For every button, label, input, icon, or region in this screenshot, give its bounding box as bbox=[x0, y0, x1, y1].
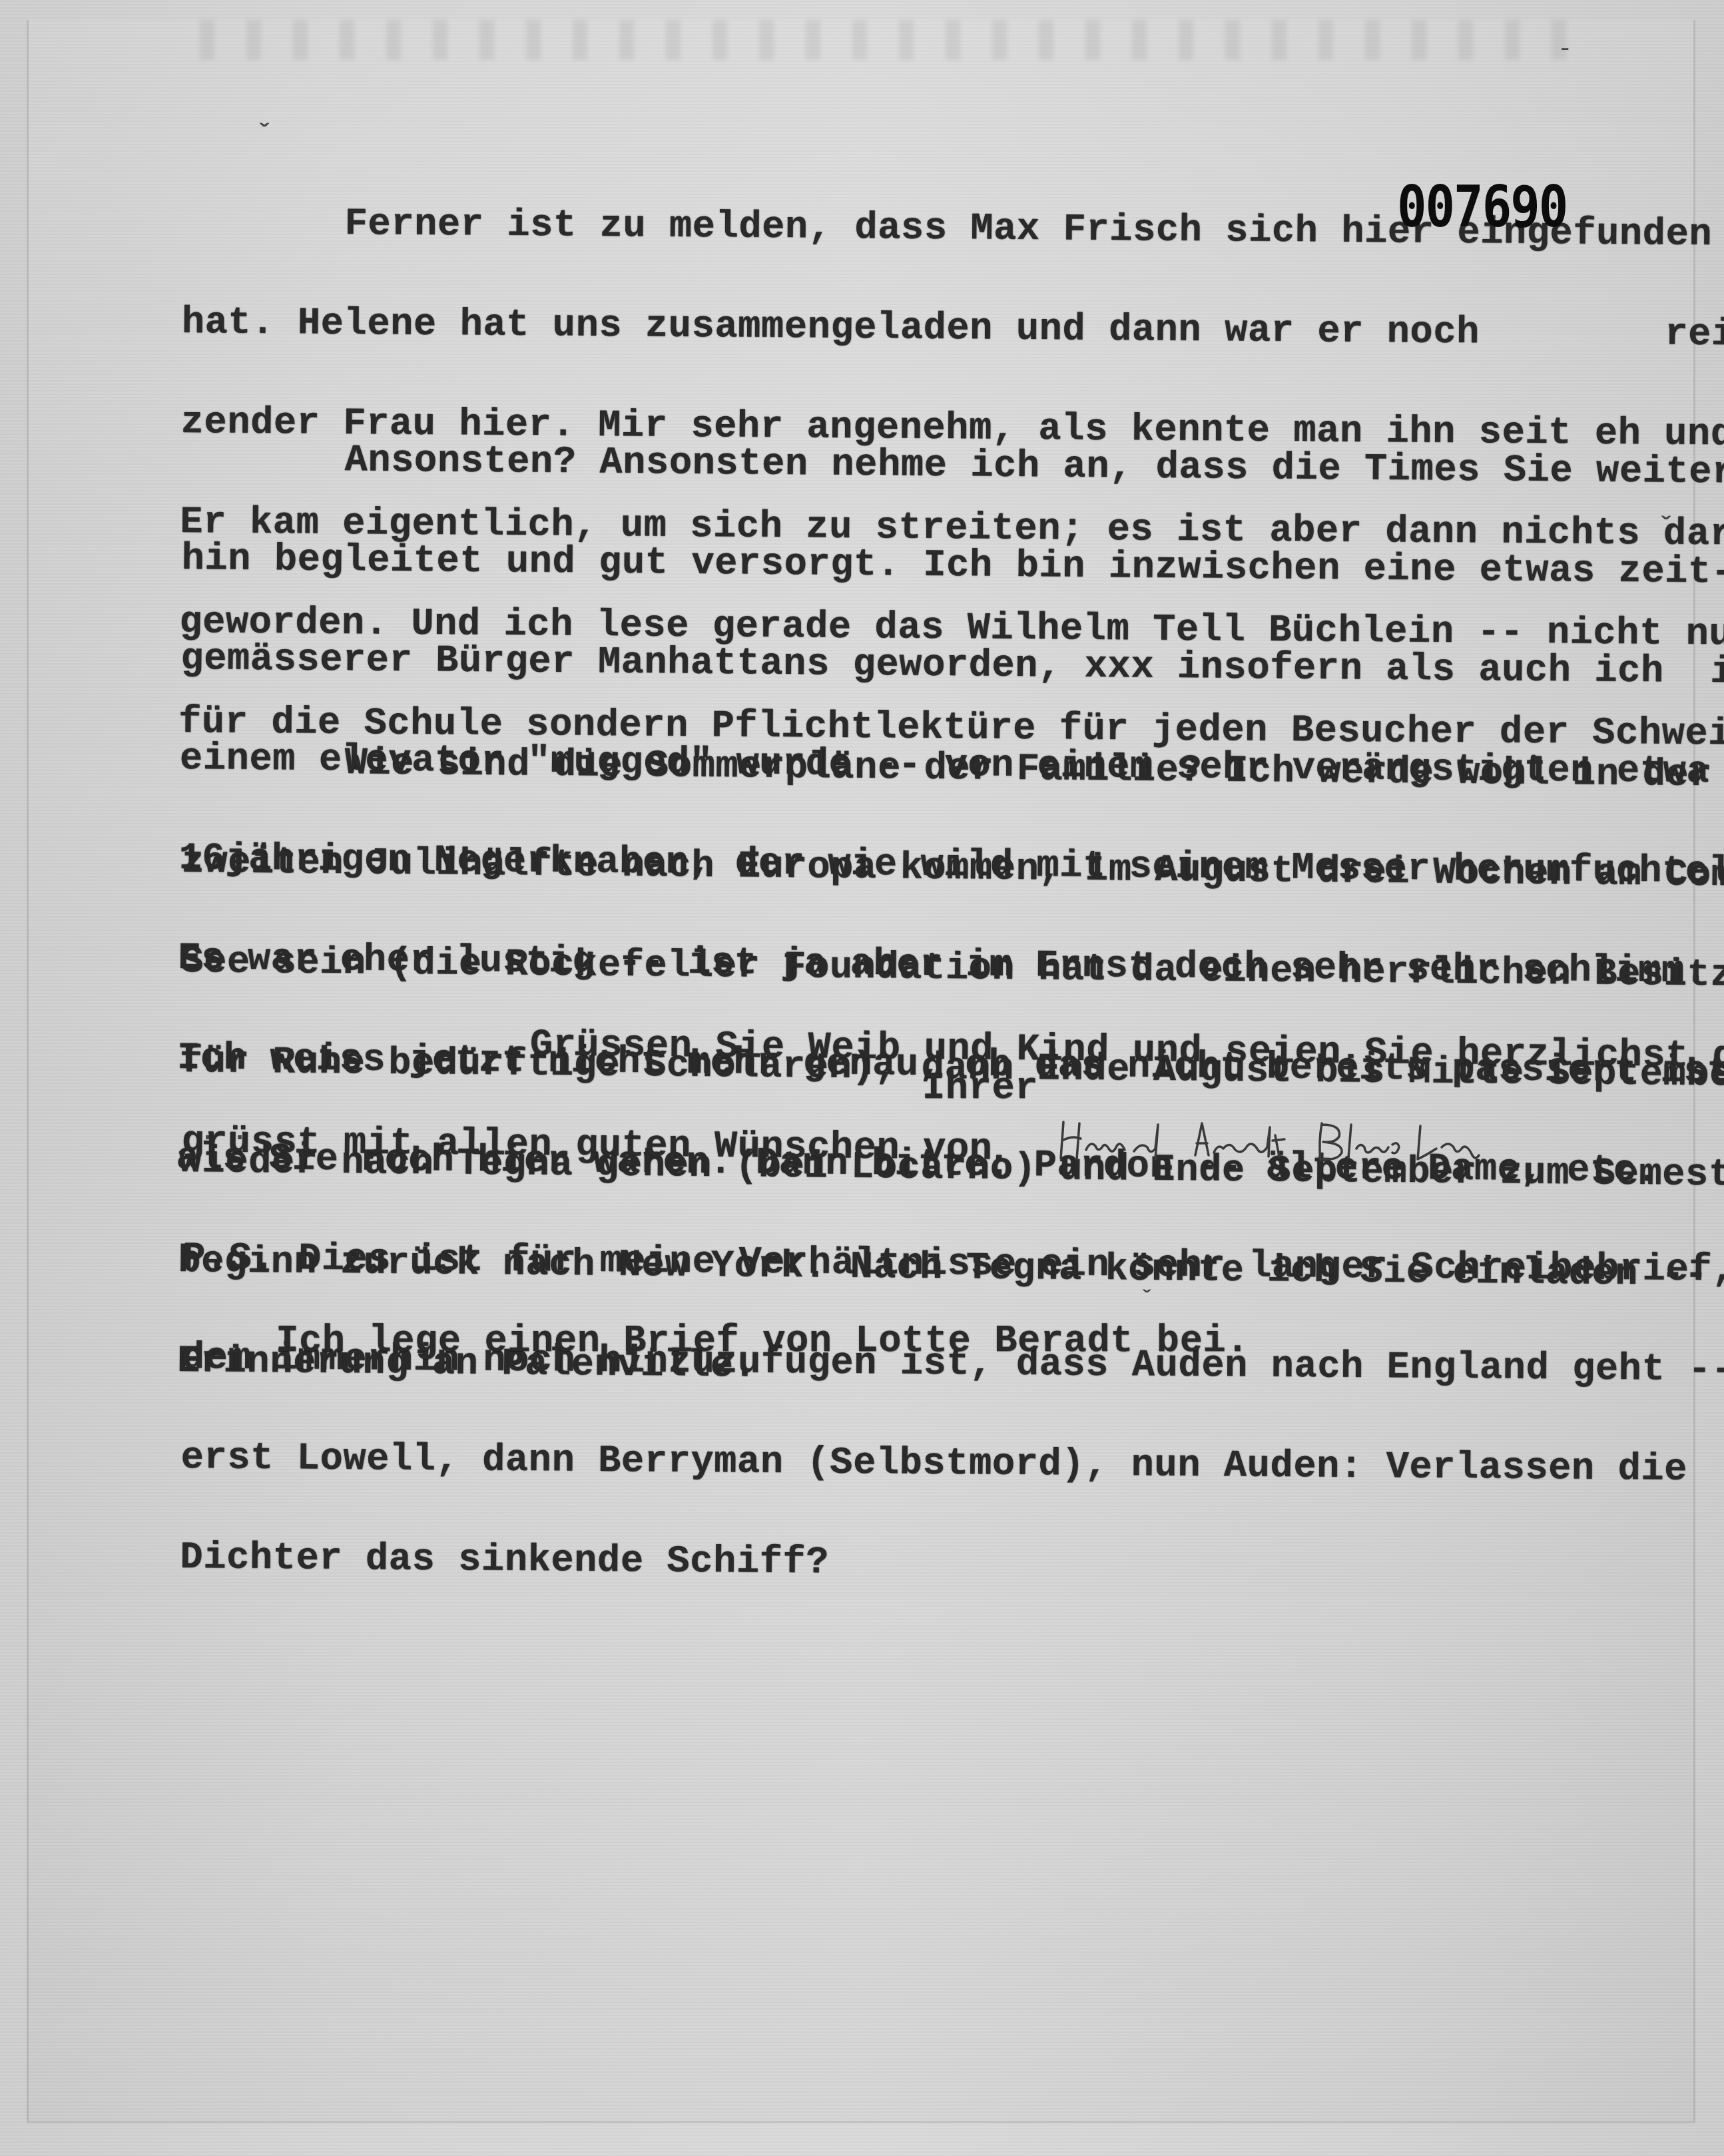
closing-salutation: Ihrer bbox=[922, 1072, 1038, 1105]
text-line: Ansonsten? Ansonsten nehme ich an, dass … bbox=[182, 443, 1724, 490]
text-line: hat. Helene hat uns zusammengeladen und … bbox=[182, 306, 1724, 352]
text-line: hin begleitet und gut versorgt. Ich bin … bbox=[181, 543, 1724, 590]
text-line: Wie sind die Sommerpläne der Familie? Ic… bbox=[182, 746, 1724, 793]
enclosure-note: Ich lege einen Brief von Lotte Beradt be… bbox=[183, 1325, 1249, 1358]
bleed-through-marks bbox=[200, 20, 1598, 60]
text-line: P.S. Dies ist für meine Verhältnisse ein… bbox=[182, 1242, 1724, 1287]
ink-speck: ˉ bbox=[1558, 47, 1572, 69]
text-line: Dichter das sinkende Schiff? bbox=[180, 1541, 1724, 1587]
handwritten-signature: Hannah Arendt Blücher bbox=[1055, 1109, 1562, 1169]
text-line: erst Lowell, dann Berryman (Selbstmord),… bbox=[180, 1442, 1724, 1487]
archive-stamp-number: 007690 bbox=[1397, 174, 1567, 240]
text-line: zweiten Julihälfte nach Europa kommen, i… bbox=[181, 846, 1724, 893]
postscript: P.S. Dies ist für meine Verhältnisse ein… bbox=[180, 1175, 1724, 1620]
